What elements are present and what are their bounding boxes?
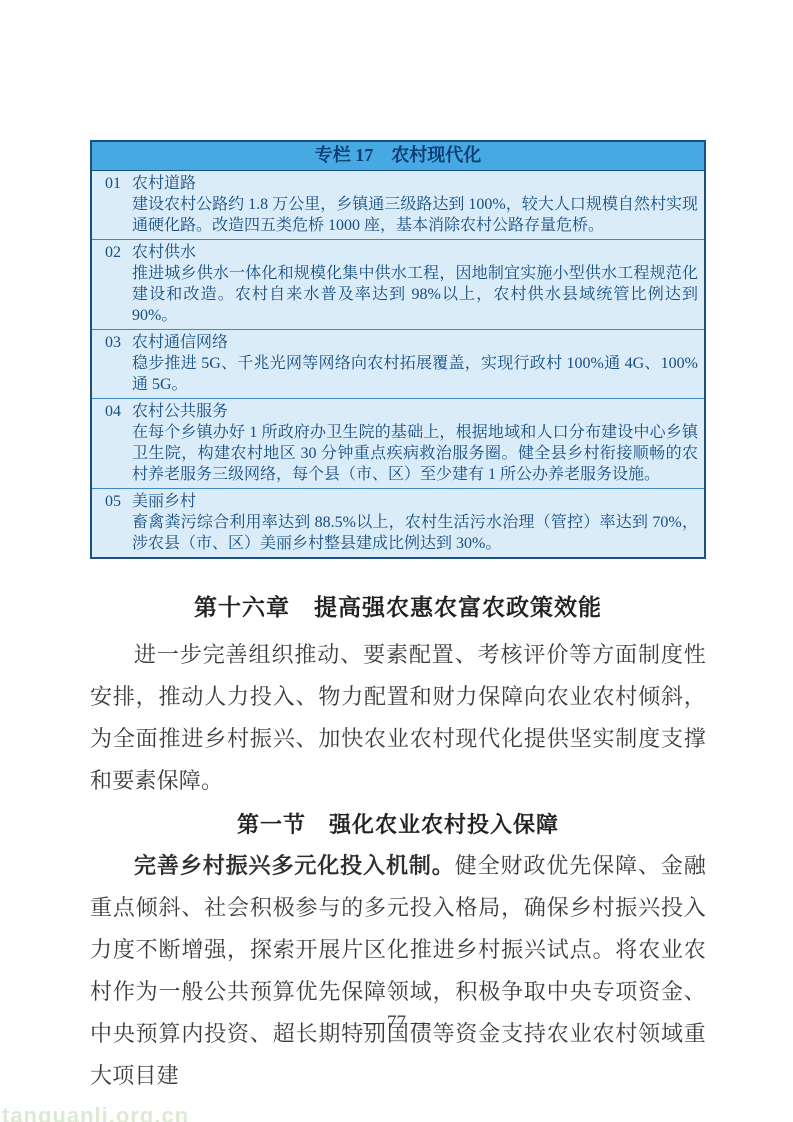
row-description: 建设农村公路约 1.8 万公里，乡镇通三级路达到 100%，较大人口规模自然村实… — [132, 194, 698, 236]
document-page: 专栏 17 农村现代化 01 农村道路 建设农村公路约 1.8 万公里，乡镇通三… — [0, 0, 793, 1122]
feature-box-row: 03 农村通信网络 稳步推进 5G、千兆光网等网络向农村拓展覆盖，实现行政村 1… — [92, 330, 704, 399]
row-title-line: 03 农村通信网络 — [92, 332, 698, 353]
row-title: 农村公共服务 — [132, 401, 698, 422]
row-title-line: 04 农村公共服务 — [92, 401, 698, 422]
paragraph-body: 健全财政优先保障、金融重点倾斜、社会积极参与的多元投入格局，确保乡村振兴投入力度… — [90, 853, 706, 1088]
feature-box-row: 01 农村道路 建设农村公路约 1.8 万公里，乡镇通三级路达到 100%，较大… — [92, 171, 704, 240]
row-number: 01 — [92, 173, 132, 194]
row-description: 畜禽粪污综合利用率达到 88.5%以上，农村生活污水治理（管控）率达到 70%，… — [132, 512, 698, 554]
paragraph-lead-bold: 完善乡村振兴多元化投入机制。 — [134, 853, 455, 878]
row-title: 美丽乡村 — [132, 491, 698, 512]
feature-box-row: 04 农村公共服务 在每个乡镇办好 1 所政府办卫生院的基础上，根据地域和人口分… — [92, 399, 704, 489]
row-title: 农村通信网络 — [132, 332, 698, 353]
chapter-intro-paragraph: 进一步完善组织推动、要素配置、考核评价等方面制度性安排，推动人力投入、物力配置和… — [90, 634, 706, 802]
row-title: 农村供水 — [132, 242, 698, 263]
page-content: 专栏 17 农村现代化 01 农村道路 建设农村公路约 1.8 万公里，乡镇通三… — [90, 140, 706, 1097]
row-title-line: 05 美丽乡村 — [92, 491, 698, 512]
page-number: — 77 — — [0, 1012, 793, 1034]
row-title: 农村道路 — [132, 173, 698, 194]
row-description: 稳步推进 5G、千兆光网等网络向农村拓展覆盖，实现行政村 100%通 4G、10… — [132, 353, 698, 395]
row-title-line: 02 农村供水 — [92, 242, 698, 263]
row-number: 05 — [92, 491, 132, 512]
feature-box-row: 02 农村供水 推进城乡供水一体化和规模化集中供水工程，因地制宜实施小型供水工程… — [92, 240, 704, 330]
section-paragraph: 完善乡村振兴多元化投入机制。健全财政优先保障、金融重点倾斜、社会积极参与的多元投… — [90, 845, 706, 1097]
row-number: 03 — [92, 332, 132, 353]
section-title: 第一节 强化农业农村投入保障 — [90, 808, 706, 839]
row-number: 04 — [92, 401, 132, 422]
row-number: 02 — [92, 242, 132, 263]
row-description: 在每个乡镇办好 1 所政府办卫生院的基础上，根据地域和人口分布建设中心乡镇卫生院… — [132, 422, 698, 485]
feature-box: 专栏 17 农村现代化 01 农村道路 建设农村公路约 1.8 万公里，乡镇通三… — [90, 140, 706, 559]
feature-box-row: 05 美丽乡村 畜禽粪污综合利用率达到 88.5%以上，农村生活污水治理（管控）… — [92, 489, 704, 557]
row-title-line: 01 农村道路 — [92, 173, 698, 194]
watermark: tanguanli.org.cn — [2, 1103, 189, 1122]
feature-box-title: 专栏 17 农村现代化 — [92, 142, 704, 171]
chapter-title: 第十六章 提高强农惠农富农政策效能 — [90, 589, 706, 622]
row-description: 推进城乡供水一体化和规模化集中供水工程，因地制宜实施小型供水工程规范化建设和改造… — [132, 263, 698, 326]
